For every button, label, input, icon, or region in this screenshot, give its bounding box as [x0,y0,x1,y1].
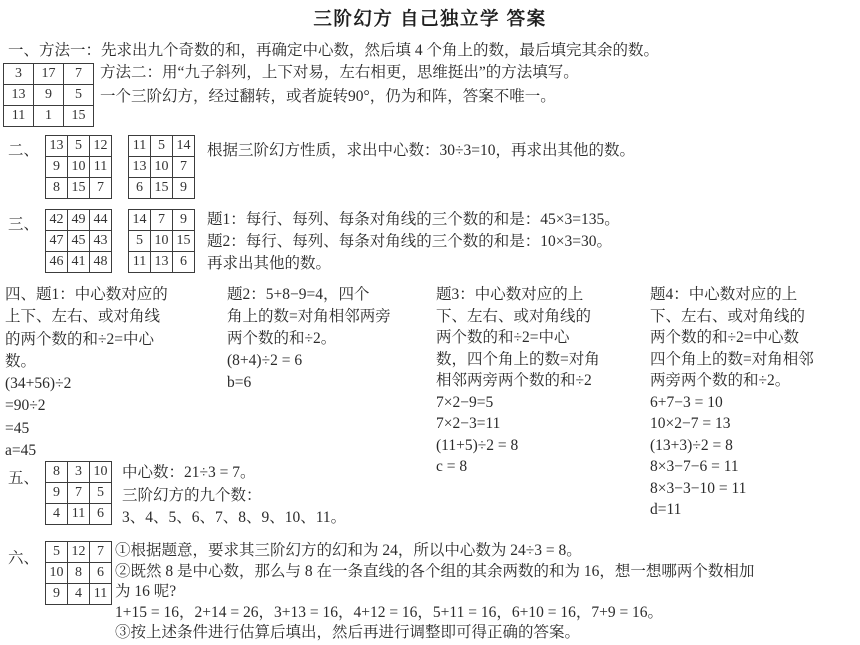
document-page: 三阶幻方 自己独立学 答案 一、方法一：先求出九个奇数的和，再确定中心数，然后填… [0,0,860,645]
sec2-magic-square-1: 13512910118157 [45,135,112,199]
grid-cell: 10 [68,157,89,177]
grid-cell: 5 [151,136,172,156]
grid-cell: 12 [68,542,89,562]
grid-cell: 10 [151,231,172,251]
grid-cell: 48 [90,252,111,272]
sec1-method1-text: 一、方法一：先求出九个奇数的和，再确定中心数，然后填 4 个角上的数，最后填完其… [8,38,659,60]
sec1-magic-square: 3177139511115 [3,63,94,127]
grid-cell: 15 [68,178,89,198]
grid-cell: 13 [4,85,33,105]
text-line: 下、左右、或对角线的 [436,306,600,328]
grid-cell: 6 [90,563,111,583]
grid-cell: 46 [46,252,67,272]
page-title: 三阶幻方 自己独立学 答案 [0,5,860,31]
grid-cell: 12 [90,136,111,156]
sec4-answer-col4: 题4：中心数对应的上下、左右、或对角线的两个数的和÷2=中心数四个角上的数=对角… [650,284,814,521]
grid-cell: 7 [90,542,111,562]
grid-cell: 45 [68,231,89,251]
text-line: 两个数的和÷2=中心 [436,327,600,349]
grid-cell: 8 [46,178,67,198]
text-line: 题2：5+8−9=4，四个 [227,284,391,306]
text-line: 中心数：21÷3 = 7。 [122,462,346,485]
grid-cell: 5 [129,231,150,251]
sec6-magic-square: 512710869411 [45,541,112,605]
grid-cell: 17 [34,64,63,84]
grid-cell: 9 [46,483,67,503]
sec4-answer-col1: 四、题1：中心数对应的上下、左右、或对角线的两个数的和÷2=中心数。(34+56… [5,284,168,462]
grid-cell: 8 [68,563,89,583]
text-line: 两旁两个数的和÷2。 [650,370,814,392]
sec3-magic-square-1: 424944474543464148 [45,209,112,273]
grid-cell: 4 [68,584,89,604]
grid-cell: 11 [90,584,111,604]
grid-cell: 10 [90,462,111,482]
grid-cell: 7 [90,178,111,198]
grid-cell: 13 [129,157,150,177]
text-line: 相邻两旁两个数的和÷2 [436,370,600,392]
grid-cell: 10 [46,563,67,583]
text-line: (8+4)÷2 = 6 [227,350,391,372]
grid-cell: 9 [173,210,194,230]
grid-cell: 3 [4,64,33,84]
text-line: 的两个数的和÷2=中心 [5,329,168,351]
grid-cell: 4 [46,504,67,524]
grid-cell: 14 [173,136,194,156]
grid-cell: 11 [68,504,89,524]
grid-cell: 5 [46,542,67,562]
text-line: 题2：每行、每列、每条对角线的三个数的和是：10×3=30。 [207,231,620,253]
text-line: 数，四个角上的数=对角 [436,349,600,371]
text-line: (13+3)÷2 = 8 [650,435,814,457]
grid-cell: 11 [129,136,150,156]
grid-cell: 44 [90,210,111,230]
sec2-label: 二、 [8,138,39,160]
text-line: (11+5)÷2 = 8 [436,435,600,457]
text-line: 下、左右、或对角线的 [650,306,814,328]
text-line: 为 16 呢? [115,582,754,603]
text-line: 10×2−7 = 13 [650,413,814,435]
text-line: =45 [5,418,168,440]
grid-cell: 43 [90,231,111,251]
text-line: 题3：中心数对应的上 [436,284,600,306]
text-line: 上下、左右、或对角线 [5,306,168,328]
text-line: d=11 [650,499,814,521]
text-line: 3、4、5、6、7、8、9、10、11。 [122,507,346,530]
grid-cell: 41 [68,252,89,272]
text-line: b=6 [227,372,391,394]
text-line: a=45 [5,440,168,462]
sec3-label: 三、 [8,212,39,234]
grid-cell: 5 [90,483,111,503]
text-line: 8×3−3−10 = 11 [650,478,814,500]
grid-cell: 8 [46,462,67,482]
sec5-explanation: 中心数：21÷3 = 7。三阶幻方的九个数：3、4、5、6、7、8、9、10、1… [122,462,346,530]
grid-cell: 47 [46,231,67,251]
text-line: 题1：每行、每列、每条对角线的三个数的和是：45×3=135。 [207,209,620,231]
grid-cell: 13 [46,136,67,156]
grid-cell: 7 [173,157,194,177]
sec3-explanation: 题1：每行、每列、每条对角线的三个数的和是：45×3=135。题2：每行、每列、… [207,209,620,275]
text-line: ③按上述条件进行估算后填出，然后再进行调整即可得正确的答案。 [115,623,754,644]
text-line: 两个数的和÷2。 [227,328,391,350]
grid-cell: 9 [34,85,63,105]
grid-cell: 6 [90,504,111,524]
grid-cell: 11 [129,252,150,272]
sec1-note-text: 一个三阶幻方，经过翻转，或者旋转90°，仍为和阵，答案不唯一。 [100,84,556,106]
grid-cell: 11 [90,157,111,177]
grid-cell: 49 [68,210,89,230]
grid-cell: 3 [68,462,89,482]
text-line: (34+56)÷2 [5,373,168,395]
text-line: ①根据题意，要求其三阶幻方的幻和为 24，所以中心数为 24÷3 = 8。 [115,541,754,562]
text-line: 四、题1：中心数对应的 [5,284,168,306]
grid-cell: 5 [64,85,93,105]
text-line: ②既然 8 是中心数，那么与 8 在一条直线的各个组的其余两数的和为 16，想一… [115,562,754,583]
grid-cell: 42 [46,210,67,230]
text-line: 两个数的和÷2=中心数 [650,327,814,349]
grid-cell: 9 [46,157,67,177]
text-line: =90÷2 [5,395,168,417]
grid-cell: 9 [46,584,67,604]
text-line: 题4：中心数对应的上 [650,284,814,306]
text-line: 7×2−3=11 [436,413,600,435]
grid-cell: 11 [4,106,33,126]
text-line: 再求出其他的数。 [207,253,620,275]
grid-cell: 15 [64,106,93,126]
grid-cell: 5 [68,136,89,156]
sec4-answer-col3: 题3：中心数对应的上下、左右、或对角线的两个数的和÷2=中心数，四个角上的数=对… [436,284,600,478]
grid-cell: 14 [129,210,150,230]
sec6-label: 六、 [8,546,39,568]
text-line: 数。 [5,351,168,373]
grid-cell: 6 [129,178,150,198]
sec5-magic-square: 83109754116 [45,461,112,525]
sec2-magic-square-2: 11514131076159 [128,135,195,199]
grid-cell: 10 [151,157,172,177]
sec6-explanation: ①根据题意，要求其三阶幻方的幻和为 24，所以中心数为 24÷3 = 8。②既然… [115,541,754,644]
sec4-answer-col2: 题2：5+8−9=4，四个角上的数=对角相邻两旁两个数的和÷2。(8+4)÷2 … [227,284,391,394]
text-line: 三阶幻方的九个数： [122,485,346,508]
text-line: c = 8 [436,456,600,478]
grid-cell: 13 [151,252,172,272]
sec1-method2-text: 方法二：用“九子斜列，上下对易，左右相更，思维挺出”的方法填写。 [100,60,579,82]
grid-cell: 7 [64,64,93,84]
sec2-explanation: 根据三阶幻方性质，求出中心数：30÷3=10，再求出其他的数。 [207,138,635,160]
text-line: 1+15 = 16，2+14 = 26，3+13 = 16，4+12 = 16，… [115,603,754,624]
grid-cell: 7 [151,210,172,230]
sec3-magic-square-2: 14795101511136 [128,209,195,273]
grid-cell: 1 [34,106,63,126]
text-line: 角上的数=对角相邻两旁 [227,306,391,328]
text-line: 6+7−3 = 10 [650,392,814,414]
grid-cell: 9 [173,178,194,198]
grid-cell: 7 [68,483,89,503]
sec5-label: 五、 [8,466,39,488]
text-line: 四个角上的数=对角相邻 [650,349,814,371]
grid-cell: 15 [151,178,172,198]
text-line: 8×3−7−6 = 11 [650,456,814,478]
text-line: 7×2−9=5 [436,392,600,414]
grid-cell: 6 [173,252,194,272]
grid-cell: 15 [173,231,194,251]
